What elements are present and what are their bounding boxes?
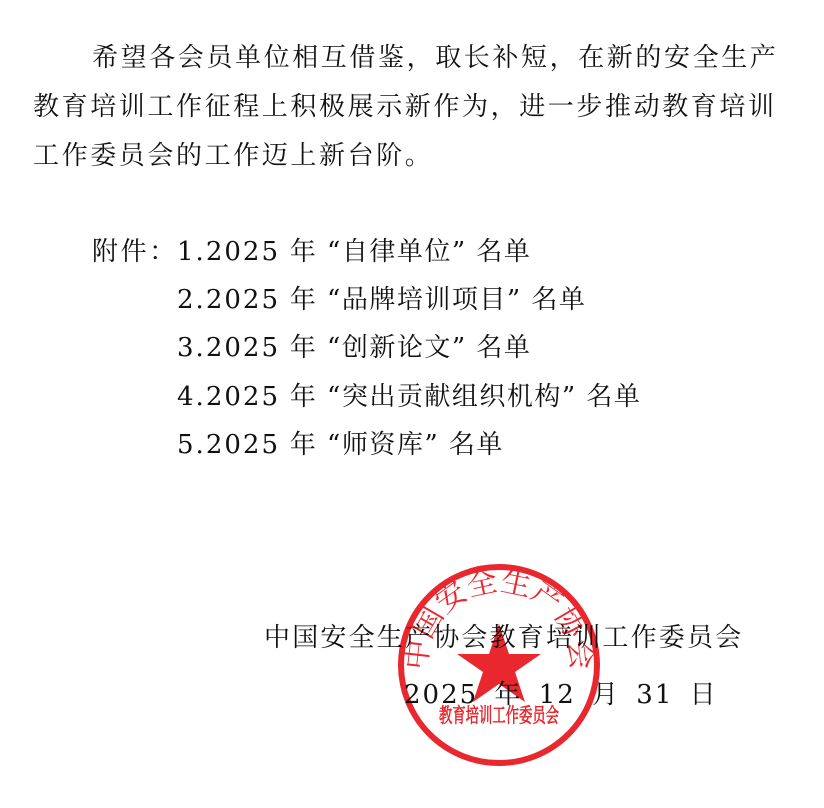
attachment-year-unit: 年 [290,430,318,460]
attachment-number: 4. [177,382,206,412]
attachment-year-unit: 年 [290,285,318,315]
attachment-title: “品牌培训项目” [327,285,522,315]
attachment-year: 2025 [206,430,280,460]
attachment-year: 2025 [206,382,280,412]
attachment-year: 2025 [206,333,280,363]
attachment-suffix: 名单 [449,430,504,460]
attachment-year-unit: 年 [290,333,318,363]
attachment-item-2: 2.2025 年 “品牌培训项目” 名单 [177,285,586,315]
attachment-title: “师资库” [327,430,439,460]
attachment-item-1: 1.2025 年 “自律单位” 名单 [177,237,531,267]
attachment-year-unit: 年 [290,237,318,267]
attachments-label: 附件： [92,237,178,267]
paragraph-line-3: 工作委员会的工作迈上新台阶。 [33,141,433,171]
attachment-year: 2025 [206,237,280,267]
attachment-title: “自律单位” [327,237,467,267]
signature-organization: 中国安全生产协会教育培训工作委员会 [264,623,743,653]
official-seal-icon: 中国安全生产协会 教育培训工作委员会 [396,562,602,768]
attachment-suffix: 名单 [476,237,531,267]
attachment-item-4: 4.2025 年 “突出贡献组织机构” 名单 [177,382,641,412]
paragraph-line-1: 希望各会员单位相互借鉴，取长补短，在新的安全生产 [92,43,778,73]
attachment-suffix: 名单 [476,333,531,363]
attachment-number: 3. [177,333,206,363]
signature-date: 2025 年 12 月 31 日 [404,680,718,710]
attachment-year-unit: 年 [290,382,318,412]
attachment-item-3: 3.2025 年 “创新论文” 名单 [177,333,531,363]
attachment-suffix: 名单 [586,382,641,412]
attachment-title: “突出贡献组织机构” [327,382,577,412]
attachment-year: 2025 [206,285,280,315]
attachment-number: 1. [177,237,206,267]
attachment-suffix: 名单 [531,285,586,315]
seal-outer-text: 中国安全生产协会 [399,564,599,672]
paragraph-line-2: 教育培训工作征程上积极展示新作为，进一步推动教育培训 [33,92,777,122]
attachment-number: 5. [177,430,206,460]
attachment-number: 2. [177,285,206,315]
attachment-item-5: 5.2025 年 “师资库” 名单 [177,430,504,460]
attachment-title: “创新论文” [327,333,467,363]
